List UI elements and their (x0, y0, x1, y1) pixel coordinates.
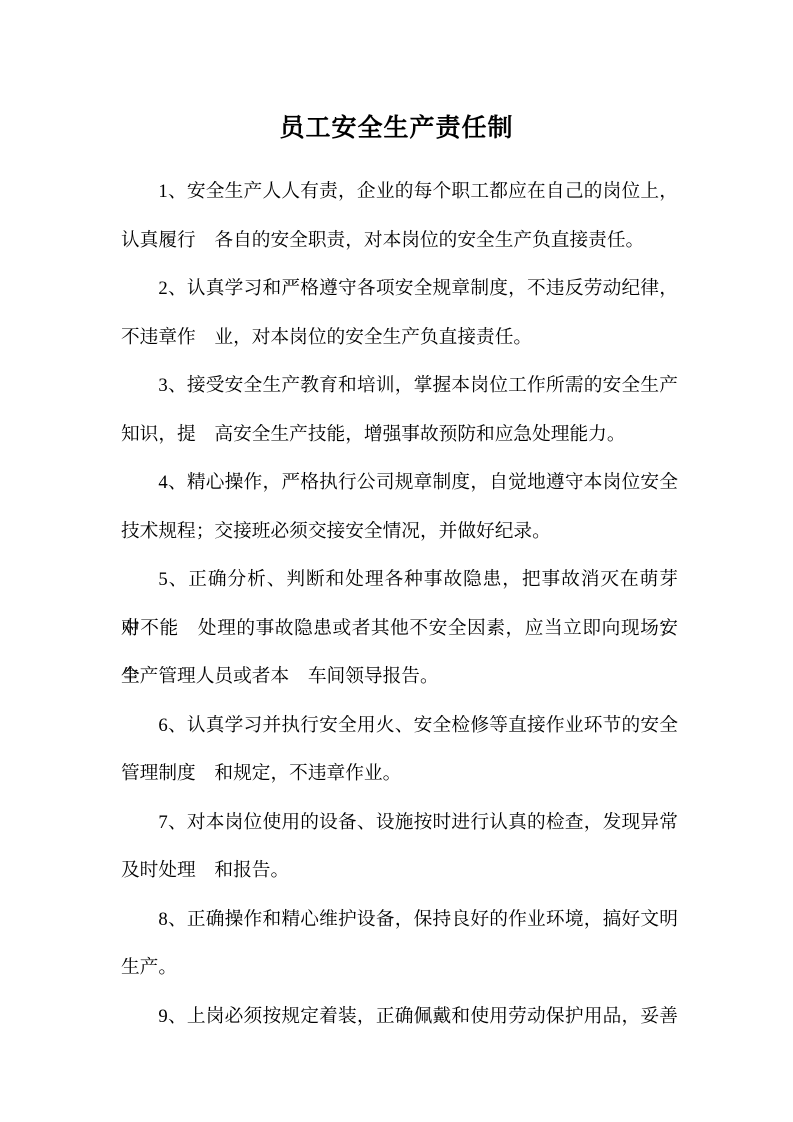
text-line: 管理制度 和规定，不违章作业。 (121, 750, 678, 799)
text-line: 认真履行 各自的安全职责，对本岗位的安全生产负直接责任。 (121, 217, 678, 266)
text-line: 2、认真学习和严格遵守各项安全规章制度，不违反劳动纪律， (121, 265, 678, 314)
paragraph: 8、正确操作和精心维护设备，保持良好的作业环境，搞好文明生产。 (121, 896, 678, 993)
paragraph: 1、安全生产人人有责，企业的每个职工都应在自己的岗位上，认真履行 各自的安全职责… (121, 168, 678, 265)
document-page: 员工安全生产责任制 1、安全生产人人有责，企业的每个职工都应在自己的岗位上，认真… (0, 0, 793, 1122)
text-line: 不违章作 业，对本岗位的安全生产负直接责任。 (121, 314, 678, 363)
paragraph: 9、上岗必须按规定着装，正确佩戴和使用劳动保护用品，妥善 (121, 993, 678, 1042)
text-line: 5、正确分析、判断和处理各种事故隐患，把事故消灭在萌芽中； (121, 556, 678, 605)
text-line: 知识，提 高安全生产技能，增强事故预防和应急处理能力。 (121, 411, 678, 460)
paragraph: 5、正确分析、判断和处理各种事故隐患，把事故消灭在萌芽中；对不能 处理的事故隐患… (121, 556, 678, 702)
text-line: 对不能 处理的事故隐患或者其他不安全因素，应当立即向现场安全 (121, 605, 678, 654)
document-body: 1、安全生产人人有责，企业的每个职工都应在自己的岗位上，认真履行 各自的安全职责… (121, 168, 678, 1041)
paragraph: 6、认真学习并执行安全用火、安全检修等直接作业环节的安全管理制度 和规定，不违章… (121, 702, 678, 799)
text-line: 9、上岗必须按规定着装，正确佩戴和使用劳动保护用品，妥善 (121, 993, 678, 1042)
text-line: 生产。 (121, 944, 678, 993)
document-title: 员工安全生产责任制 (0, 0, 793, 148)
text-line: 8、正确操作和精心维护设备，保持良好的作业环境，搞好文明 (121, 896, 678, 945)
text-line: 6、认真学习并执行安全用火、安全检修等直接作业环节的安全 (121, 702, 678, 751)
text-line: 及时处理 和报告。 (121, 847, 678, 896)
text-line: 3、接受安全生产教育和培训，掌握本岗位工作所需的安全生产 (121, 362, 678, 411)
paragraph: 2、认真学习和严格遵守各项安全规章制度，不违反劳动纪律，不违章作 业，对本岗位的… (121, 265, 678, 362)
text-line: 技术规程；交接班必须交接安全情况，并做好纪录。 (121, 508, 678, 557)
paragraph: 4、精心操作，严格执行公司规章制度，自觉地遵守本岗位安全技术规程；交接班必须交接… (121, 459, 678, 556)
paragraph: 3、接受安全生产教育和培训，掌握本岗位工作所需的安全生产知识，提 高安全生产技能… (121, 362, 678, 459)
text-line: 生产管理人员或者本 车间领导报告。 (121, 653, 678, 702)
text-line: 4、精心操作，严格执行公司规章制度，自觉地遵守本岗位安全 (121, 459, 678, 508)
text-line: 7、对本岗位使用的设备、设施按时进行认真的检查，发现异常 (121, 799, 678, 848)
text-line: 1、安全生产人人有责，企业的每个职工都应在自己的岗位上， (121, 168, 678, 217)
paragraph: 7、对本岗位使用的设备、设施按时进行认真的检查，发现异常及时处理 和报告。 (121, 799, 678, 896)
